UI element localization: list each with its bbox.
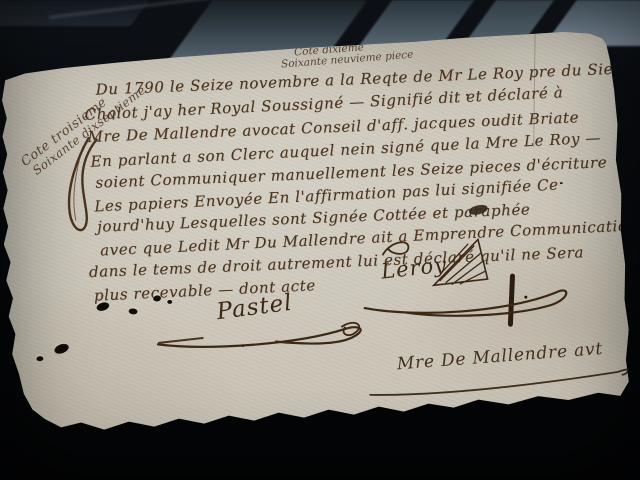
leroy-feather-paraph (354, 228, 578, 337)
ink-speck (242, 345, 244, 347)
wormhole (53, 342, 70, 356)
manuscript-paper: Cote troisieme Soixante dixseptieme Cote… (0, 30, 636, 457)
pastel-underline-flourish (155, 316, 376, 355)
ink-speck (560, 182, 563, 184)
ink-speck (524, 296, 527, 299)
photo-scene: Cote troisieme Soixante dixseptieme Cote… (0, 0, 640, 480)
wormhole (167, 300, 172, 304)
wormhole (128, 308, 138, 315)
ink-speck (466, 94, 468, 96)
wormhole (36, 356, 43, 361)
